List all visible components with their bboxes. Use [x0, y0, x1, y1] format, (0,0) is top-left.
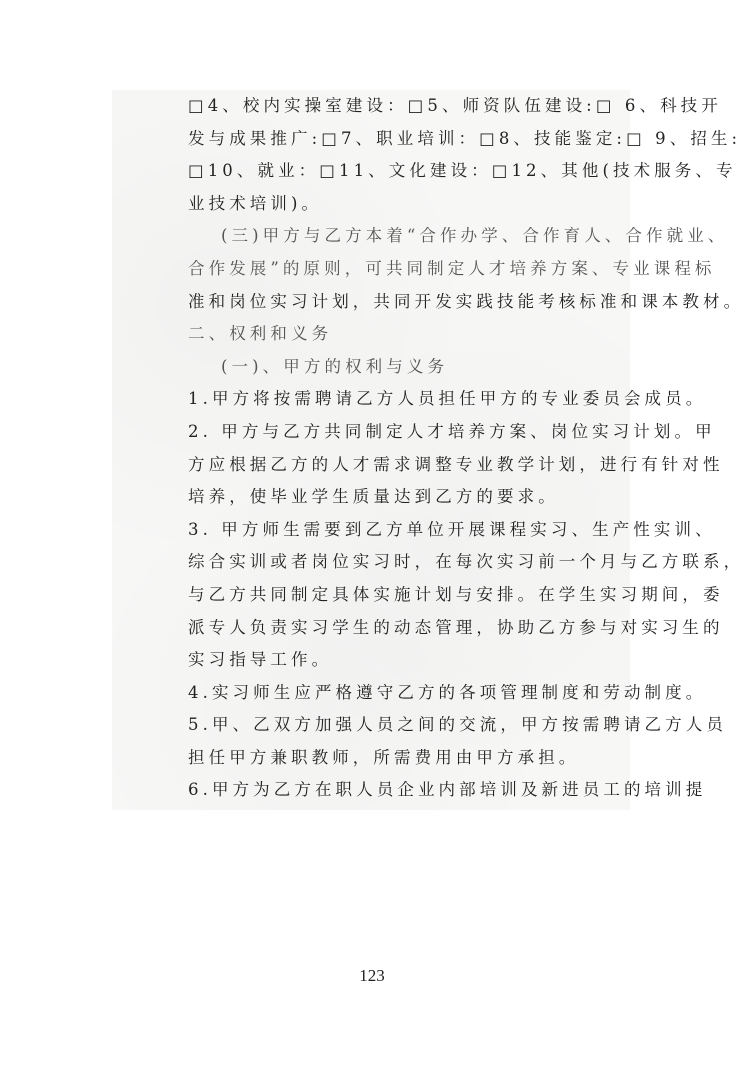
- clause-2-line-3: 培养，使毕业学生质量达到乙方的要求。: [188, 481, 628, 514]
- clause-2-line-1: 2. 甲方与乙方共同制定人才培养方案、岗位实习计划。甲: [188, 416, 628, 449]
- clause-5-line-2: 担任甲方兼职教师，所需费用由甲方承担。: [188, 742, 628, 775]
- text-line-checkbox-items-1: □4、校内实操室建设：□5、师资队伍建设:□ 6、科技开: [188, 90, 628, 123]
- text-line-checkbox-items-3: □10、就业：□11、文化建设：□12、其他(技术服务、专: [188, 155, 628, 188]
- text-line-checkbox-items-2: 发与成果推广:□7、职业培训：□8、技能鉴定:□ 9、招生:: [188, 123, 628, 156]
- text-line-checkbox-items-4: 业技术培训)。: [188, 188, 628, 221]
- paragraph-cooperation-principle-2: 合作发展”的原则，可共同制定人才培养方案、专业课程标: [188, 253, 628, 286]
- paragraph-cooperation-principle-3: 准和岗位实习计划，共同开发实践技能考核标准和课本教材。: [188, 286, 628, 319]
- clause-4: 4.实习师生应严格遵守乙方的各项管理制度和劳动制度。: [188, 677, 628, 710]
- page-number: 123: [0, 966, 744, 986]
- clause-3-line-1: 3. 甲方师生需要到乙方单位开展课程实习、生产性实训、: [188, 514, 628, 547]
- clause-3-line-5: 实习指导工作。: [188, 644, 628, 677]
- clause-6-line-1: 6.甲方为乙方在职人员企业内部培训及新进员工的培训提: [188, 774, 628, 807]
- clause-2-line-2: 方应根据乙方的人才需求调整专业教学计划，进行有针对性: [188, 449, 628, 482]
- document-body: □4、校内实操室建设：□5、师资队伍建设:□ 6、科技开 发与成果推广:□7、职…: [188, 90, 628, 807]
- subsection-heading-party-a: (一)、甲方的权利与义务: [188, 351, 628, 384]
- clause-5-line-1: 5.甲、乙双方加强人员之间的交流，甲方按需聘请乙方人员: [188, 709, 628, 742]
- clause-3-line-2: 综合实训或者岗位实习时，在每次实习前一个月与乙方联系，: [188, 546, 628, 579]
- section-heading-rights-obligations: 二、权利和义务: [188, 318, 628, 351]
- clause-1: 1.甲方将按需聘请乙方人员担任甲方的专业委员会成员。: [188, 383, 628, 416]
- clause-3-line-4: 派专人负责实习学生的动态管理，协助乙方参与对实习生的: [188, 612, 628, 645]
- paragraph-cooperation-principle-1: (三)甲方与乙方本着“合作办学、合作育人、合作就业、: [188, 220, 628, 253]
- clause-3-line-3: 与乙方共同制定具体实施计划与安排。在学生实习期间，委: [188, 579, 628, 612]
